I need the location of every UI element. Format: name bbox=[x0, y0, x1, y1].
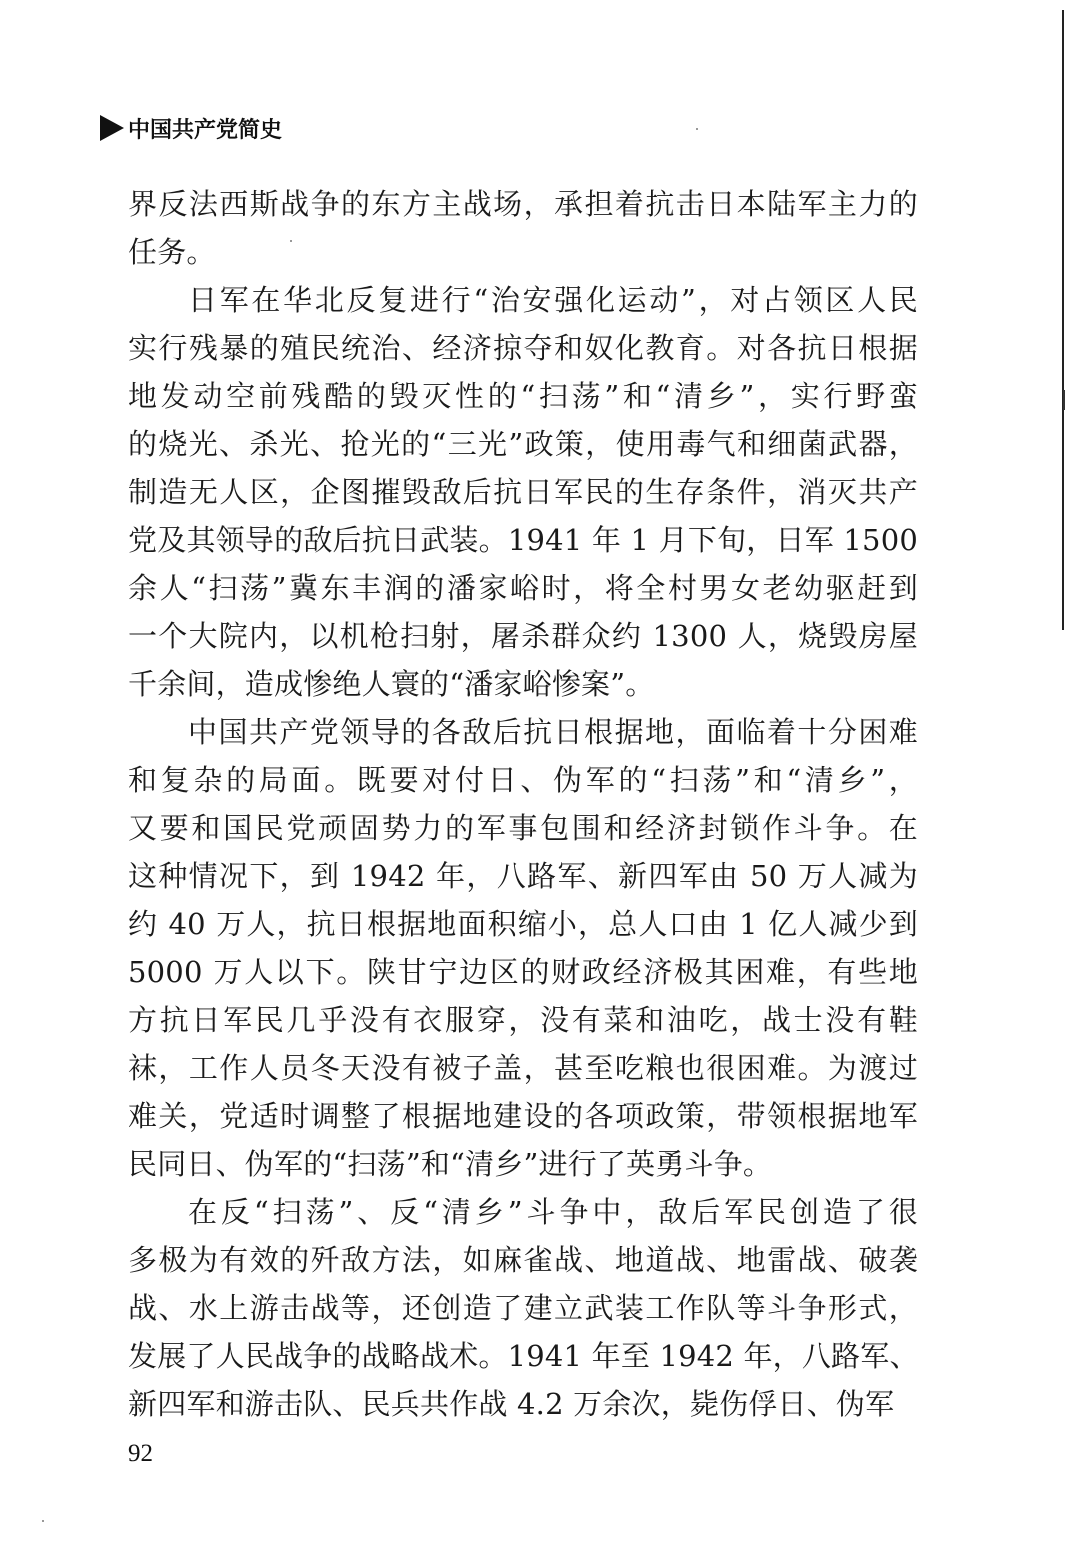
text-line: 方抗日军民几乎没有衣服穿，没有菜和油吃，战士没有鞋 bbox=[128, 996, 918, 1044]
page-number: 92 bbox=[128, 1440, 153, 1468]
text-line: 新四军和游击队、民兵共作战 4.2 万余次，毙伤俘日、伪军 bbox=[128, 1380, 918, 1428]
text-line: 中国共产党领导的各敌后抗日根据地，面临着十分困难 bbox=[128, 708, 918, 756]
text-line: 难关，党适时调整了根据地建设的各项政策，带领根据地军 bbox=[128, 1092, 918, 1140]
text-line: 界反法西斯战争的东方主战场，承担着抗击日本陆军主力的 bbox=[128, 180, 918, 228]
body-text: 界反法西斯战争的东方主战场，承担着抗击日本陆军主力的任务。日军在华北反复进行“治… bbox=[128, 180, 918, 1428]
paragraph: 界反法西斯战争的东方主战场，承担着抗击日本陆军主力的任务。 bbox=[128, 180, 918, 276]
text-line: 多极为有效的歼敌方法，如麻雀战、地道战、地雷战、破袭 bbox=[128, 1236, 918, 1284]
text-line: 实行残暴的殖民统治、经济掠夺和奴化教育。对各抗日根据 bbox=[128, 324, 918, 372]
text-line: 党及其领导的敌后抗日武装。1941 年 1 月下旬，日军 1500 bbox=[128, 516, 918, 564]
scan-speck bbox=[42, 1520, 44, 1522]
text-line: 民同日、伪军的“扫荡”和“清乡”进行了英勇斗争。 bbox=[128, 1140, 918, 1188]
text-line: 和复杂的局面。既要对付日、伪军的“扫荡”和“清乡”， bbox=[128, 756, 918, 804]
text-line: 5000 万人以下。陕甘宁边区的财政经济极其困难，有些地 bbox=[128, 948, 918, 996]
scan-speck bbox=[696, 128, 698, 130]
paragraph: 中国共产党领导的各敌后抗日根据地，面临着十分困难和复杂的局面。既要对付日、伪军的… bbox=[128, 708, 918, 1188]
text-line: 战、水上游击战等，还创造了建立武装工作队等斗争形式， bbox=[128, 1284, 918, 1332]
triangle-marker-icon bbox=[100, 115, 124, 141]
text-line: 这种情况下，到 1942 年，八路军、新四军由 50 万人减为 bbox=[128, 852, 918, 900]
scan-speck bbox=[290, 240, 292, 242]
text-line: 任务。 bbox=[128, 228, 918, 276]
running-header: 中国共产党简史 bbox=[100, 110, 282, 146]
text-line: 约 40 万人，抗日根据地面积缩小，总人口由 1 亿人减少到 bbox=[128, 900, 918, 948]
text-line: 袜，工作人员冬天没有被子盖，甚至吃粮也很困难。为渡过 bbox=[128, 1044, 918, 1092]
text-line: 发展了人民战争的战略战术。1941 年至 1942 年，八路军、 bbox=[128, 1332, 918, 1380]
text-line: 日军在华北反复进行“治安强化运动”，对占领区人民 bbox=[128, 276, 918, 324]
text-line: 一个大院内，以机枪扫射，屠杀群众约 1300 人，烧毁房屋 bbox=[128, 612, 918, 660]
text-line: 在反“扫荡”、反“清乡”斗争中，敌后军民创造了很 bbox=[128, 1188, 918, 1236]
book-title: 中国共产党简史 bbox=[128, 113, 282, 144]
text-line: 制造无人区，企图摧毁敌后抗日军民的生存条件，消灭共产 bbox=[128, 468, 918, 516]
page-edge-line-mark bbox=[1063, 390, 1065, 410]
text-line: 又要和国民党顽固势力的军事包围和经济封锁作斗争。在 bbox=[128, 804, 918, 852]
text-line: 余人“扫荡”冀东丰润的潘家峪时，将全村男女老幼驱赶到 bbox=[128, 564, 918, 612]
page-edge-line bbox=[1062, 10, 1064, 630]
paragraph: 日军在华北反复进行“治安强化运动”，对占领区人民实行残暴的殖民统治、经济掠夺和奴… bbox=[128, 276, 918, 708]
paragraph: 在反“扫荡”、反“清乡”斗争中，敌后军民创造了很多极为有效的歼敌方法，如麻雀战、… bbox=[128, 1188, 918, 1428]
text-line: 千余间，造成惨绝人寰的“潘家峪惨案”。 bbox=[128, 660, 918, 708]
text-line: 的烧光、杀光、抢光的“三光”政策，使用毒气和细菌武器， bbox=[128, 420, 918, 468]
text-line: 地发动空前残酷的毁灭性的“扫荡”和“清乡”，实行野蛮 bbox=[128, 372, 918, 420]
